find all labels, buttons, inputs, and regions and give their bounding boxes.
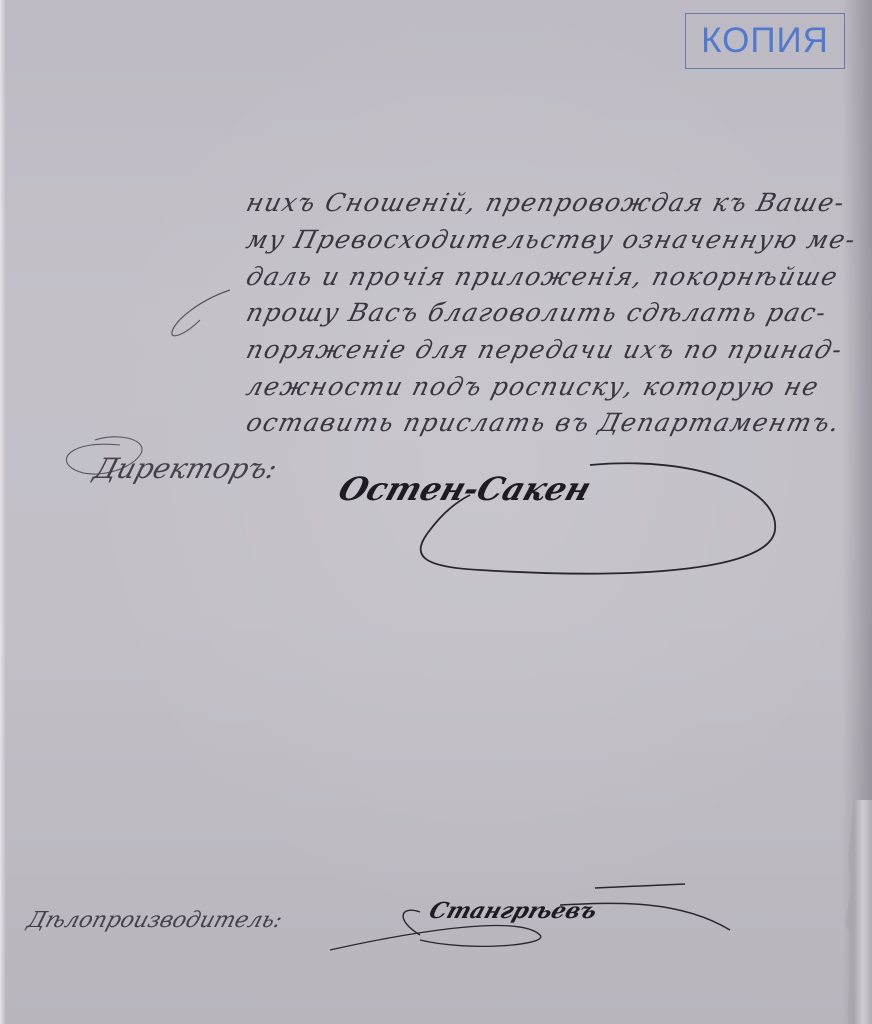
page-left-edge xyxy=(0,0,6,1024)
copy-stamp-text: КОПИЯ xyxy=(701,21,829,61)
body-line: нихъ Сношеній, препровождая къ Вашe- xyxy=(243,188,848,217)
copy-stamp: КОПИЯ xyxy=(685,13,845,69)
clerk-label: Дѣлопроизводитель: xyxy=(24,908,285,933)
body-line: лежности подъ росписку, которую не xyxy=(243,372,822,401)
body-line: оставить прислать въ Департаментъ. xyxy=(243,408,843,437)
director-label: Директоръ: xyxy=(90,452,281,485)
body-line: му Превосходительству означенную ме- xyxy=(243,225,859,254)
handwriting-flourishes xyxy=(0,0,872,1024)
director-signature: Остен-Сакен xyxy=(334,470,596,508)
clerk-signature: Стангрѣевъ xyxy=(426,898,601,924)
body-line: даль и прочія приложенія, покорнѣйше xyxy=(243,262,841,291)
body-line: поряженіе для передачи ихъ по принад- xyxy=(243,335,846,364)
body-line: прошу Васъ благоволить сдѣлать рас- xyxy=(243,298,830,327)
document-page: КОПИЯ нихъ Сношеній, препровождая къ Ваш… xyxy=(0,0,872,1024)
